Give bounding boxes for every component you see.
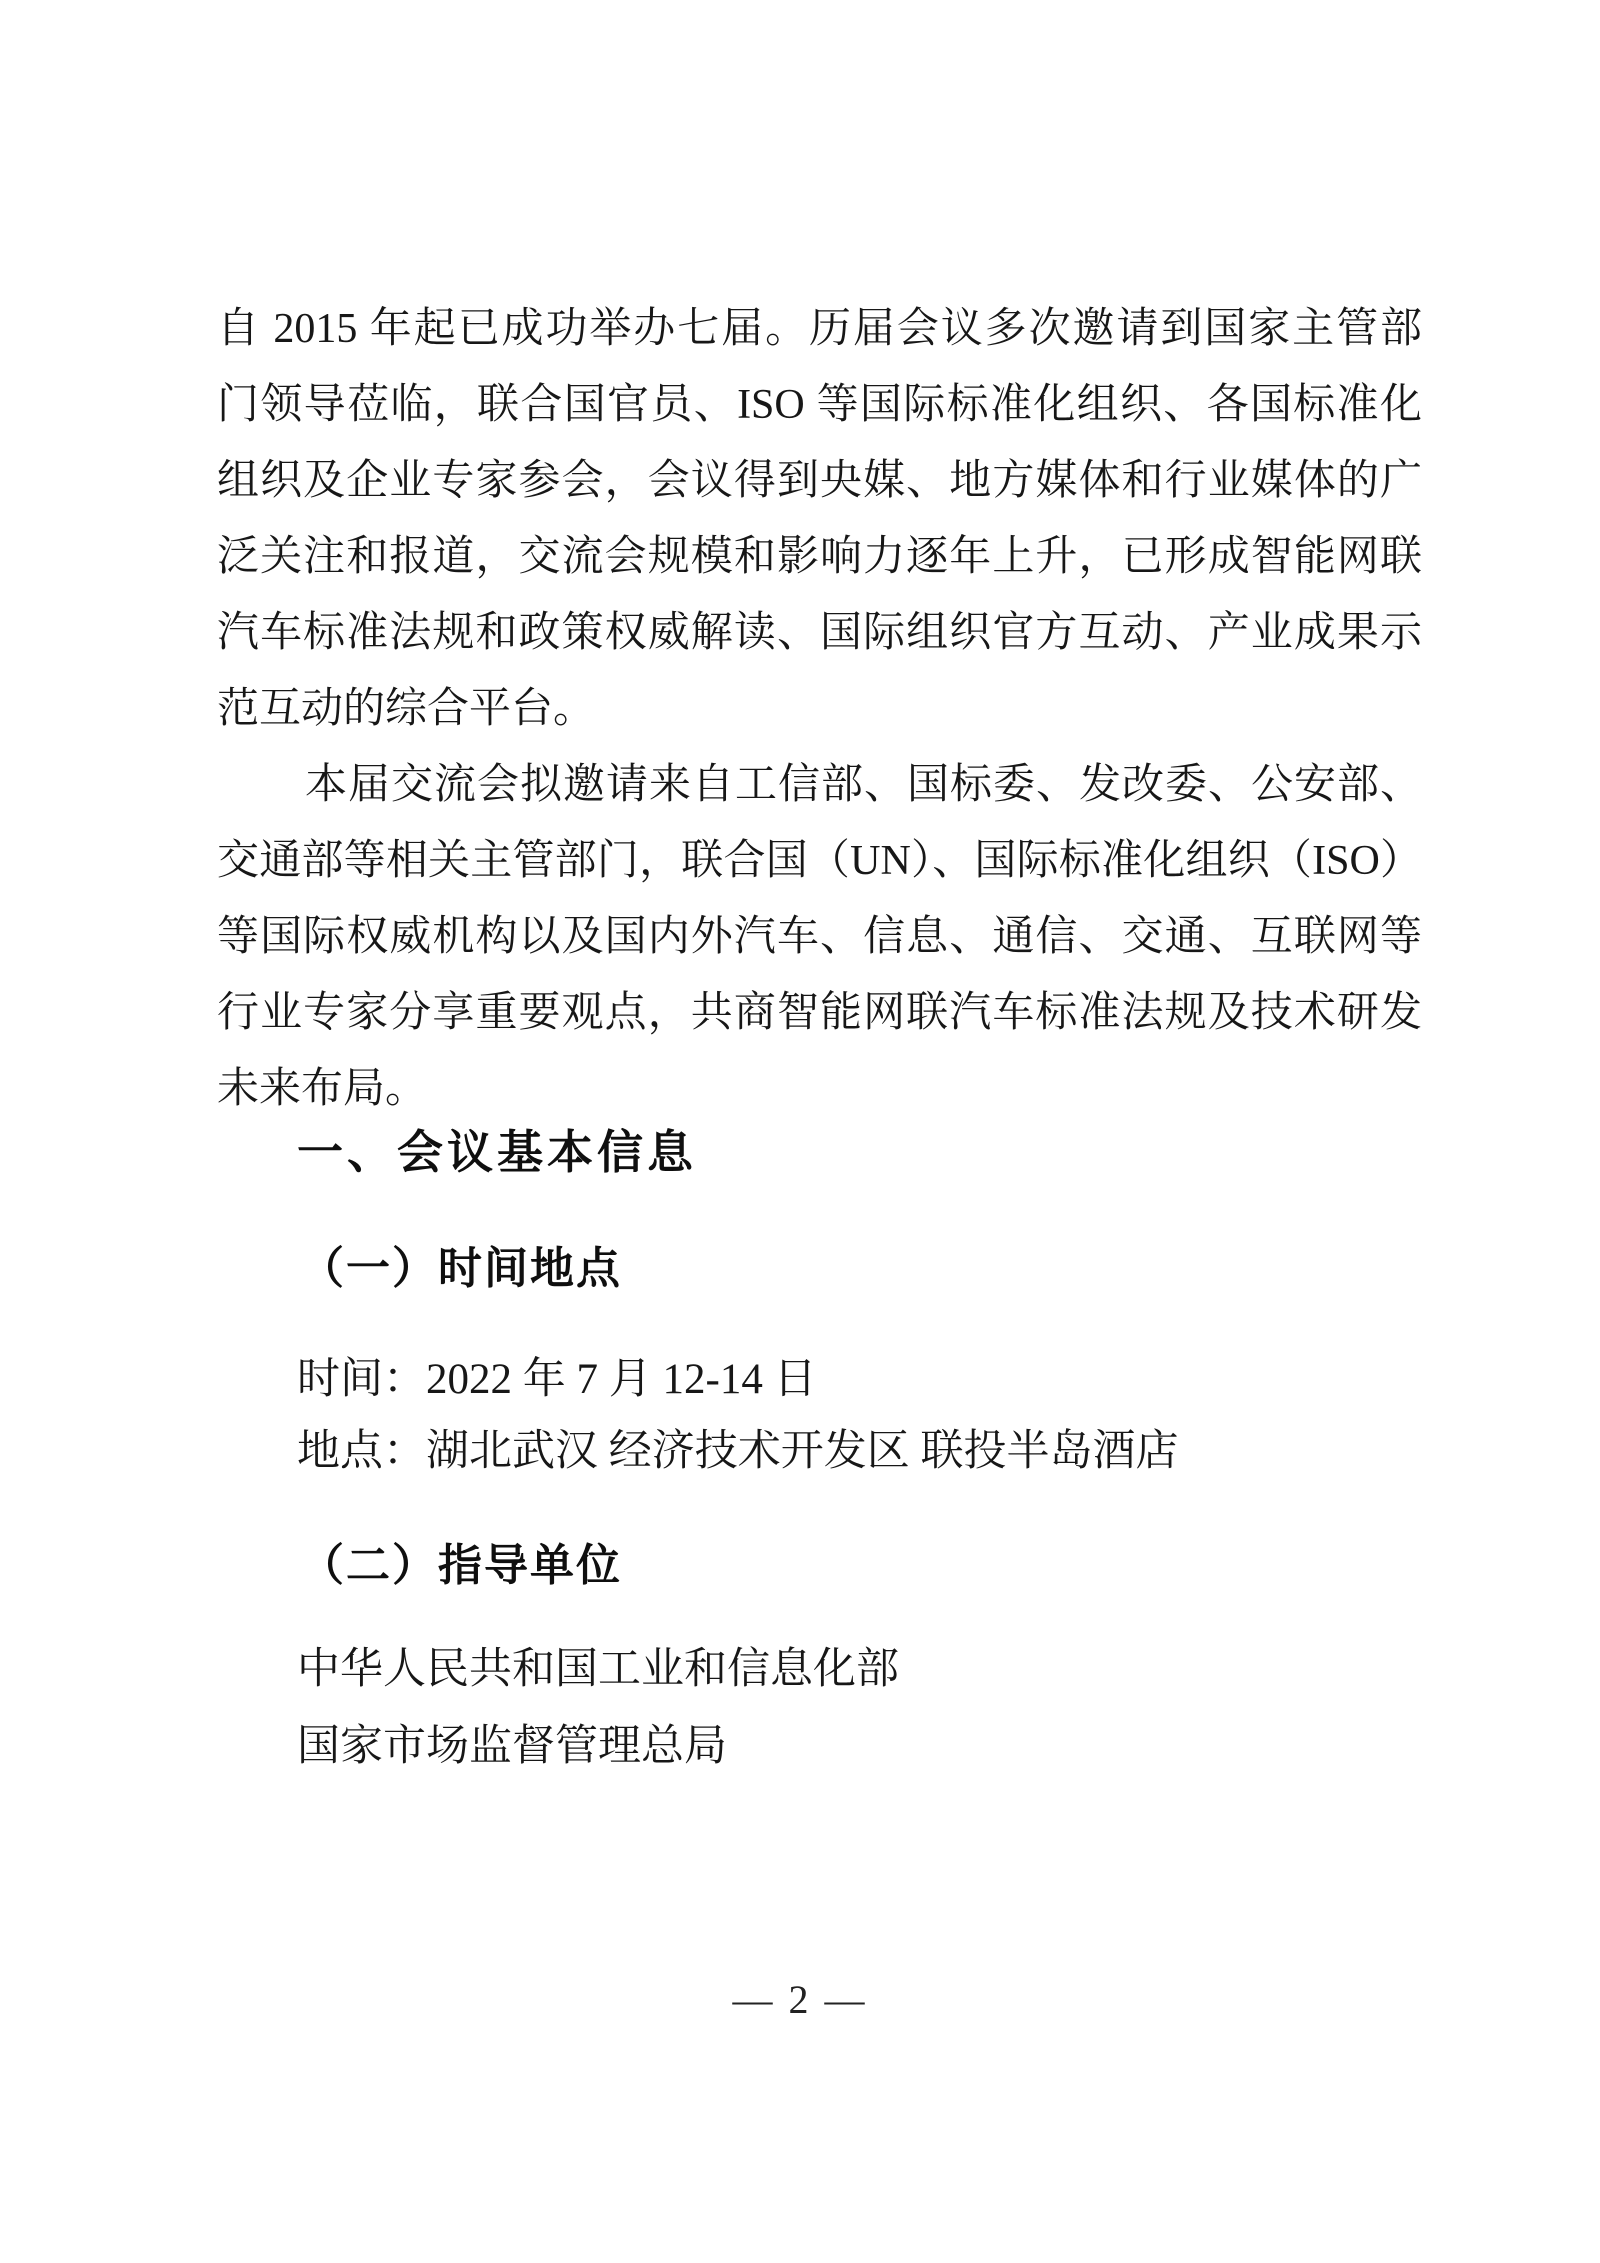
section-heading-basic-info: 一、会议基本信息 (297, 1122, 697, 1182)
org-line-miit: 中华人民共和国工业和信息化部 (297, 1642, 899, 1698)
subsection-heading-guiding-units: （二）指导单位 (300, 1538, 622, 1594)
body-line: 范互动的综合平台。 (217, 671, 1422, 747)
org-line-samr: 国家市场监督管理总局 (297, 1719, 727, 1775)
page-number: — 2 — (0, 1976, 1600, 2024)
body-line: 组织及企业专家参会，会议得到央媒、地方媒体和行业媒体的广 (217, 443, 1422, 519)
time-line: 时间：2022 年 7 月 12-14 日 (297, 1352, 817, 1408)
body-line: 泛关注和报道，交流会规模和影响力逐年上升，已形成智能网联 (217, 519, 1422, 595)
location-line: 地点：湖北武汉 经济技术开发区 联投半岛酒店 (297, 1424, 1179, 1480)
body-paragraph-2: 本届交流会拟邀请来自工信部、国标委、发改委、公安部、 交通部等相关主管部门，联合… (217, 747, 1422, 1127)
body-paragraph-1: 自 2015 年起已成功举办七届。历届会议多次邀请到国家主管部 门领导莅临，联合… (217, 291, 1422, 747)
body-line: 自 2015 年起已成功举办七届。历届会议多次邀请到国家主管部 (217, 291, 1422, 367)
body-line: 交通部等相关主管部门，联合国（UN）、国际标准化组织（ISO） (217, 823, 1422, 899)
body-line: 汽车标准法规和政策权威解读、国际组织官方互动、产业成果示 (217, 595, 1422, 671)
body-line: 等国际权威机构以及国内外汽车、信息、通信、交通、互联网等 (217, 899, 1422, 975)
body-line: 门领导莅临，联合国官员、ISO 等国际标准化组织、各国标准化 (217, 367, 1422, 443)
body-line: 本届交流会拟邀请来自工信部、国标委、发改委、公安部、 (217, 747, 1422, 823)
subsection-heading-time-location: （一）时间地点 (300, 1241, 622, 1297)
body-line: 未来布局。 (217, 1051, 1422, 1127)
document-page: 自 2015 年起已成功举办七届。历届会议多次邀请到国家主管部 门领导莅临，联合… (0, 0, 1600, 2263)
body-line: 行业专家分享重要观点，共商智能网联汽车标准法规及技术研发 (217, 975, 1422, 1051)
